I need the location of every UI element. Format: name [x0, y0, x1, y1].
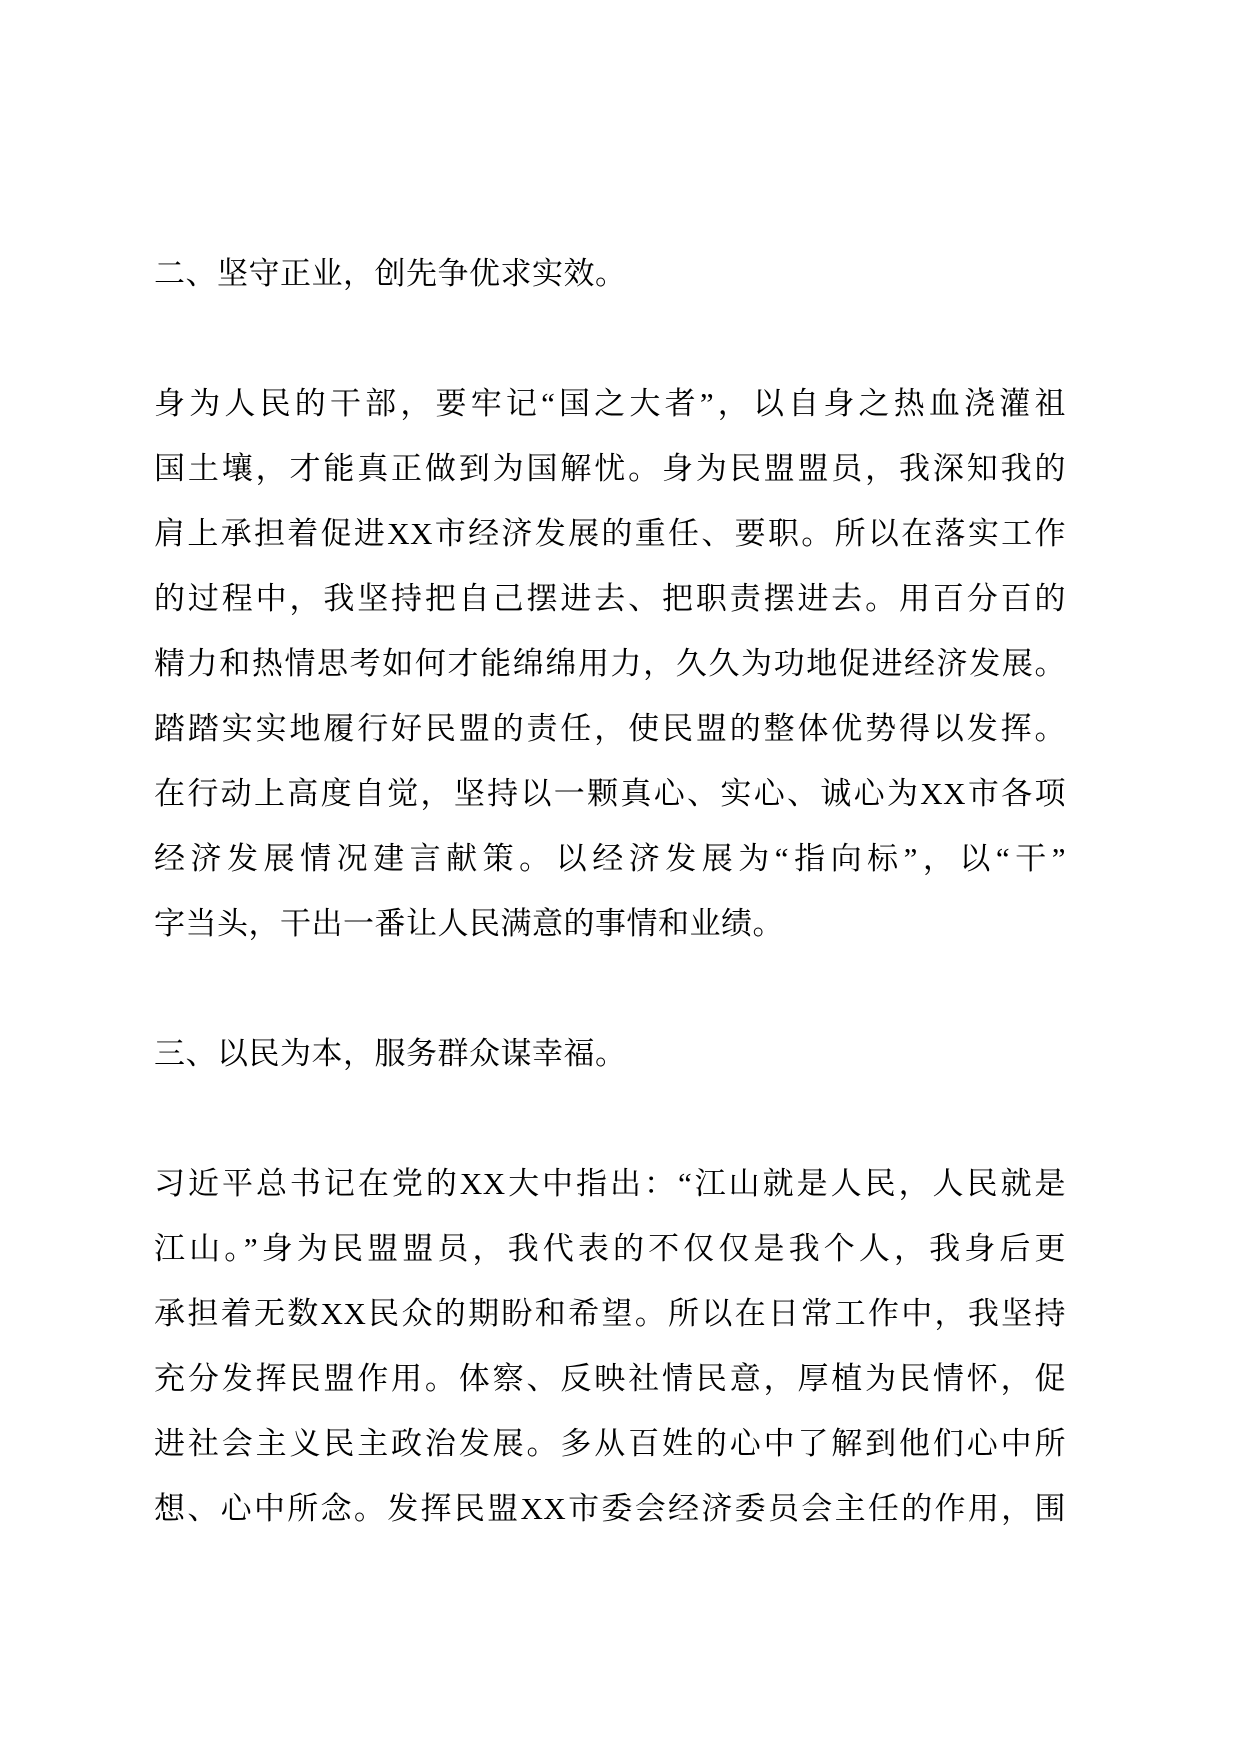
paragraph-line: 习近平总书记在党的XX大中指出：“江山就是人民，人民就是	[154, 1151, 1066, 1216]
paragraph-line: 承担着无数XX民众的期盼和希望。所以在日常工作中，我坚持	[154, 1281, 1066, 1346]
paragraph-last-line: 字当头，干出一番让人民满意的事情和业绩。	[154, 891, 1066, 956]
paragraph-line: 想、心中所念。发挥民盟XX市委会经济委员会主任的作用，围	[154, 1476, 1066, 1541]
paragraph-line: 充分发挥民盟作用。体察、反映社情民意，厚植为民情怀，促	[154, 1346, 1066, 1411]
blank-line	[154, 1086, 1066, 1151]
paragraph-line: 身为人民的干部，要牢记“国之大者”，以自身之热血浇灌祖	[154, 371, 1066, 436]
document-page: 二、坚守正业，创先争优求实效。 身为人民的干部，要牢记“国之大者”，以自身之热血…	[0, 0, 1240, 1754]
paragraph-line: 的过程中，我坚持把自己摆进去、把职责摆进去。用百分百的	[154, 566, 1066, 631]
blank-line	[154, 956, 1066, 1021]
paragraph-line: 进社会主义民主政治发展。多从百姓的心中了解到他们心中所	[154, 1411, 1066, 1476]
paragraph-line: 踏踏实实地履行好民盟的责任，使民盟的整体优势得以发挥。	[154, 696, 1066, 761]
blank-line	[154, 306, 1066, 371]
paragraph-line: 江山。”身为民盟盟员，我代表的不仅仅是我个人，我身后更	[154, 1216, 1066, 1281]
document-content: 二、坚守正业，创先争优求实效。 身为人民的干部，要牢记“国之大者”，以自身之热血…	[154, 241, 1066, 1541]
heading-section-2: 二、坚守正业，创先争优求实效。	[154, 241, 1066, 306]
paragraph-line: 在行动上高度自觉，坚持以一颗真心、实心、诚心为XX市各项	[154, 761, 1066, 826]
heading-section-3: 三、以民为本，服务群众谋幸福。	[154, 1021, 1066, 1086]
paragraph-line: 经济发展情况建言献策。以经济发展为“指向标”，以“干”	[154, 826, 1066, 891]
paragraph-line: 精力和热情思考如何才能绵绵用力，久久为功地促进经济发展。	[154, 631, 1066, 696]
paragraph-line: 国土壤，才能真正做到为国解忧。身为民盟盟员，我深知我的	[154, 436, 1066, 501]
paragraph-line: 肩上承担着促进XX市经济发展的重任、要职。所以在落实工作	[154, 501, 1066, 566]
